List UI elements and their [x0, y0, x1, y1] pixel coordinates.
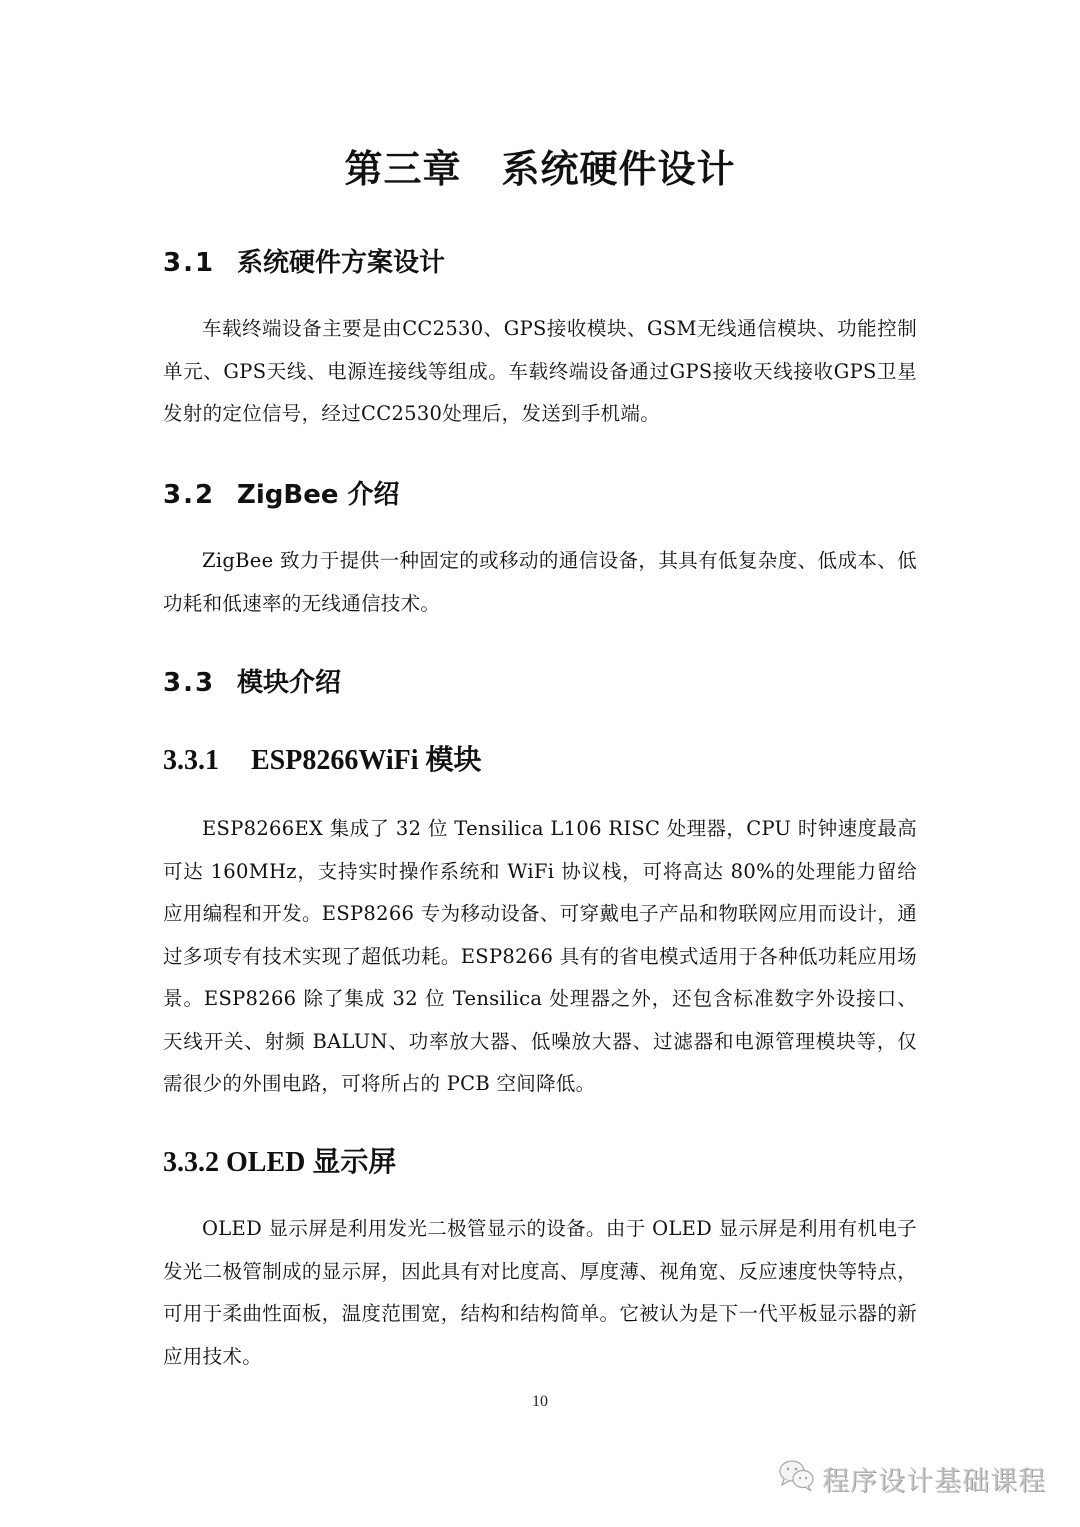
- section-number: 3.2: [163, 480, 237, 510]
- watermark-text: 程序设计基础课程: [822, 1459, 1046, 1498]
- section-heading-3-3: 3.3模块介绍: [163, 662, 341, 699]
- subsection-heading-3-3-1: 3.3.1ESP8266WiFi 模块: [163, 738, 482, 778]
- section-heading-3-2: 3.2ZigBee 介绍: [163, 474, 400, 511]
- section-heading-3-1: 3.1系统硬件方案设计: [163, 242, 445, 279]
- section-title: 系统硬件方案设计: [237, 248, 445, 278]
- section-title: ZigBee 介绍: [237, 480, 400, 510]
- section-3-2-paragraph: ZigBee 致力于提供一种固定的或移动的通信设备，其具有低复杂度、低成本、低功…: [163, 540, 917, 625]
- section-number: 3.3: [163, 668, 237, 698]
- section-number: 3.1: [163, 248, 237, 278]
- subsection-title: OLED 显示屏: [226, 1147, 396, 1178]
- subsection-heading-3-3-2: 3.3.2 OLED 显示屏: [163, 1140, 396, 1180]
- subsection-number: 3.3.1: [163, 745, 251, 777]
- document-page: 第三章系统硬件设计 3.1系统硬件方案设计 车载终端设备主要是由CC2530、G…: [0, 0, 1080, 1527]
- chapter-title-text: 系统硬件设计: [502, 147, 736, 191]
- section-3-1-paragraph: 车载终端设备主要是由CC2530、GPS接收模块、GSM无线通信模块、功能控制单…: [163, 308, 917, 436]
- watermark: 程序设计基础课程: [778, 1458, 1046, 1499]
- subsection-3-3-1-paragraph: ESP8266EX 集成了 32 位 Tensilica L106 RISC 处…: [163, 808, 917, 1106]
- chapter-number: 第三章: [344, 147, 461, 191]
- subsection-title: ESP8266WiFi 模块: [251, 745, 482, 776]
- section-title: 模块介绍: [237, 668, 341, 698]
- wechat-icon: [778, 1458, 822, 1499]
- subsection-number: 3.3.2: [163, 1147, 219, 1178]
- page-number: 10: [0, 1393, 1080, 1411]
- subsection-3-3-2-paragraph: OLED 显示屏是利用发光二极管显示的设备。由于 OLED 显示屏是利用有机电子…: [163, 1208, 917, 1378]
- chapter-title: 第三章系统硬件设计: [0, 138, 1080, 193]
